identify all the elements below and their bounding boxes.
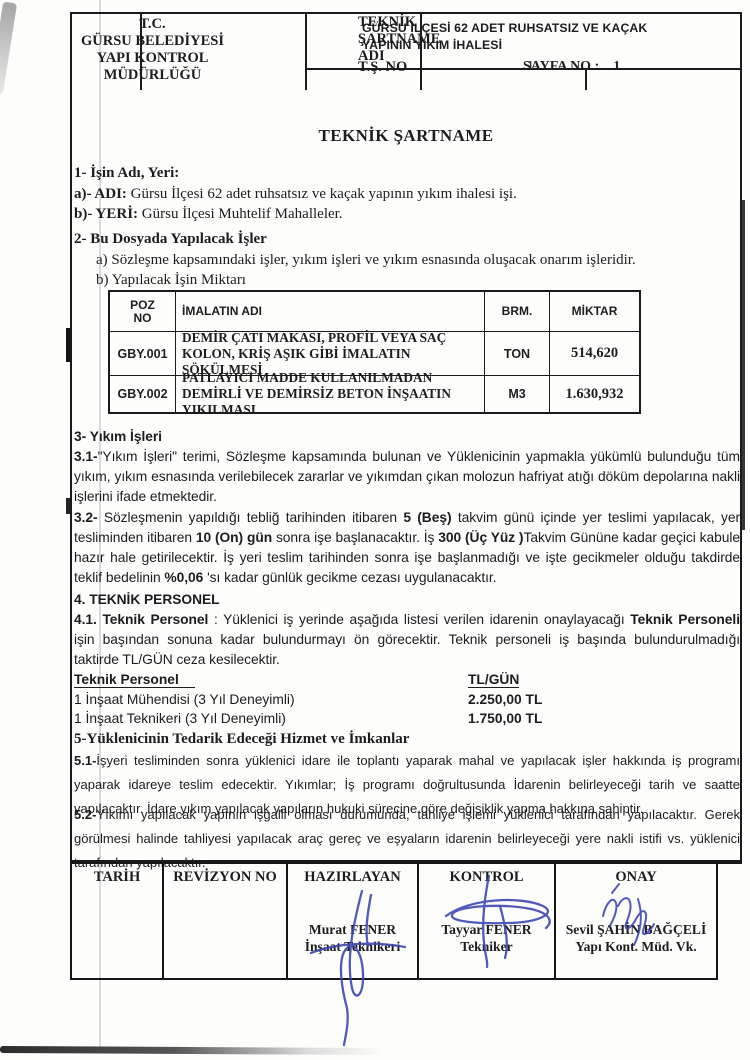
signature-cell-hazirlayan: HAZIRLAYAN Murat FENER İnşaat Teknikeri — [288, 864, 419, 978]
table-row-name: PATLAYICI MADDE KULLANILMADAN DEMİRLİ VE… — [176, 376, 485, 412]
footer-column-label: ONAY — [556, 869, 716, 886]
table-row-qty: 514,620 — [550, 332, 639, 376]
section5-heading: 5-Yüklenicinin Tedarik Edeceği Hizmet ve… — [74, 729, 740, 749]
table-row-poz: GBY.001 — [110, 332, 176, 376]
personnel-list-header: Teknik Personel TL/GÜN — [74, 672, 740, 687]
personnel-role: 1 İnşaat Mühendisi (3 Yıl Deneyimli) — [74, 692, 295, 707]
column-header-poz-no: POZ NO — [110, 292, 176, 332]
section2-item-a: a) Sözleşme kapsamındaki işler, yıkım iş… — [74, 250, 740, 270]
signer-title: Tekniker — [419, 938, 554, 955]
personnel-column1-header: Teknik Personel — [74, 672, 195, 688]
table-row-poz: GBY.002 — [110, 376, 176, 412]
scanned-document-page: T.C. GÜRSU BELEDİYESİ YAPI KONTROL MÜDÜR… — [0, 0, 750, 1060]
footer-column-label: REVİZYON NO — [164, 869, 286, 886]
signer-name: Murat FENER — [288, 921, 417, 938]
signer-block: Sevil ŞAHİN BAĞÇELİ Yapı Kont. Müd. Vk. — [556, 921, 716, 955]
footer-column-label: HAZIRLAYAN — [288, 869, 417, 886]
personnel-rate: 2.250,00 TL — [468, 692, 542, 707]
signer-name: Sevil ŞAHİN BAĞÇELİ — [556, 921, 716, 938]
organization-name: T.C. GÜRSU BELEDİYESİ YAPI KONTROL MÜDÜR… — [72, 16, 233, 78]
table-divider — [305, 12, 307, 90]
signature-cell-revizyon: REVİZYON NO — [164, 864, 288, 978]
scan-smudge-artifact — [0, 1046, 385, 1055]
signer-name: Tayyar FENER — [419, 921, 554, 938]
ts-no-label: T.Ş. NO — [358, 59, 407, 76]
section3-heading: 3- Yıkım İşleri — [74, 427, 740, 447]
footer-column-label: TARİH — [72, 869, 162, 886]
section1-line-b: b)- YERİ: Gürsu İlçesi Muhtelif Mahallel… — [74, 204, 740, 224]
section2-heading: 2- Bu Dosyada Yapılacak İşler — [74, 229, 740, 249]
page-number-value: 1 — [613, 59, 620, 75]
section1-line-a: a)- ADI: Gürsu İlçesi 62 adet ruhsatsız … — [74, 184, 740, 204]
page-number: SAYFA NO : 1 — [523, 59, 671, 75]
column-header-imalat: İMALATIN ADI — [176, 292, 485, 332]
personnel-column2-header: TL/GÜN — [468, 672, 519, 688]
personnel-list-item: 1 İnşaat Teknikeri (3 Yıl Deneyimli) 1.7… — [74, 711, 740, 726]
signature-cell-onay: ONAY Sevil ŞAHİN BAĞÇELİ Yapı Kont. Müd.… — [556, 864, 716, 978]
section4-heading: 4. TEKNİK PERSONEL — [74, 590, 740, 610]
table-row-qty: 1.630,932 — [550, 376, 639, 412]
document-title: TEKNİK ŞARTNAME — [70, 126, 742, 146]
personnel-rate: 1.750,00 TL — [468, 711, 542, 726]
personnel-list-item: 1 İnşaat Mühendisi (3 Yıl Deneyimli) 2.2… — [74, 692, 740, 707]
table-divider — [718, 862, 742, 864]
column-header-miktar: MİKTAR — [550, 292, 639, 332]
section1-heading: 1- İşin Adı, Yeri: — [74, 163, 740, 183]
section3-paragraph-3-2: 3.2- Sözleşmenin yapıldığı tebliğ tarihi… — [74, 508, 740, 588]
page-number-label: SAYFA NO : — [523, 59, 599, 75]
section2-item-b: b) Yapılacak İşin Miktarı — [74, 270, 740, 290]
table-row-unit: TON — [485, 332, 550, 376]
signature-cell-tarih: TARİH — [72, 864, 164, 978]
scan-edge-artifact — [0, 1, 17, 94]
project-title: GÜRSU İLÇESİ 62 ADET RUHSATSIZ VE KAÇAK … — [362, 20, 662, 54]
signer-block: Tayyar FENER Tekniker — [419, 921, 554, 955]
personnel-role: 1 İnşaat Teknikeri (3 Yıl Deneyimli) — [74, 711, 286, 726]
table-row-unit: M3 — [485, 376, 550, 412]
footer-column-label: KONTROL — [419, 869, 554, 886]
column-header-brm: BRM. — [485, 292, 550, 332]
section4-paragraph-4-1: 4.1. Teknik Personel : Yüklenici iş yeri… — [74, 610, 740, 670]
signature-cell-kontrol: KONTROL Tayyar FENER Tekniker — [419, 864, 556, 978]
signer-title: Yapı Kont. Müd. Vk. — [556, 938, 716, 955]
signer-block: Murat FENER İnşaat Teknikeri — [288, 921, 417, 955]
section3-paragraph-3-1: 3.1-"Yıkım İşleri" terimi, Sözleşme kaps… — [74, 447, 740, 507]
signer-title: İnşaat Teknikeri — [288, 938, 417, 955]
signature-table: TARİH REVİZYON NO HAZIRLAYAN Murat FENER… — [70, 862, 718, 980]
work-items-table: POZ NO İMALATIN ADI BRM. MİKTAR GBY.001 … — [108, 290, 641, 414]
